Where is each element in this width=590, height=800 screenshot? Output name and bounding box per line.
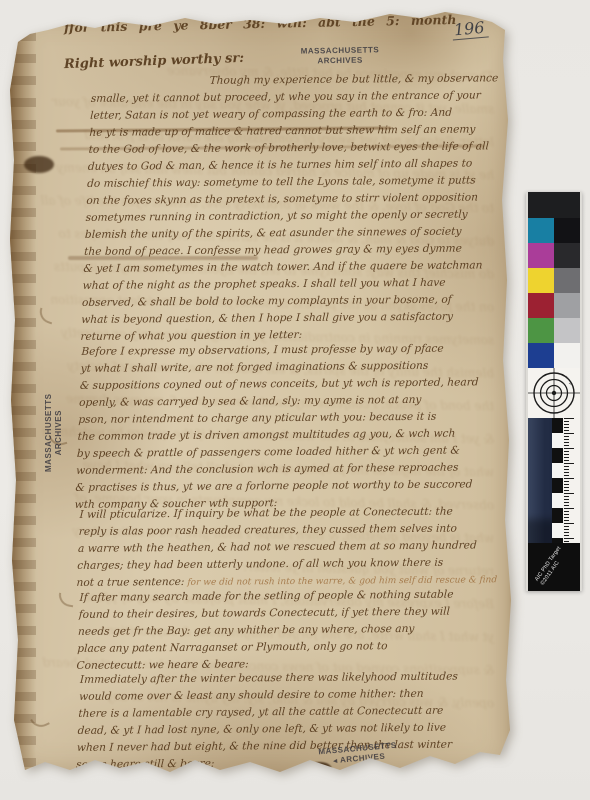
arrow-icon: ◄ — [331, 757, 339, 765]
paragraph-4: If after many search made for the setlin… — [76, 586, 508, 675]
paragraph-1: Though my experience be but little, & my… — [80, 70, 520, 346]
ruler-bar — [528, 418, 552, 543]
paragraph-3: I will pticularize. If inquiry be what b… — [76, 503, 508, 592]
scan-background: Though my experience be but little, & my… — [0, 0, 590, 800]
gray-step-swatch — [554, 268, 580, 293]
docket-annotation: ffor this pre ye 8ber 38: wth: abt the 5… — [64, 12, 456, 35]
gray-step-swatch — [554, 318, 580, 343]
paragraph-2: Before I expresse my observations, I mus… — [74, 340, 509, 514]
paper-shadow: Though my experience be but little, & my… — [8, 10, 512, 778]
focus-rings-target — [528, 368, 580, 418]
archives-stamp-top: MASSACHUSETTS ARCHIVES — [292, 45, 388, 66]
stamp-line: ARCHIVES — [292, 55, 388, 66]
stamp-line: MASSACHUSETTS — [292, 45, 388, 56]
gray-step-swatch — [554, 243, 580, 268]
paragraph-5: Immediately after the winter because the… — [76, 668, 508, 774]
color-swatch — [528, 218, 554, 243]
black-reference-patch — [528, 192, 580, 218]
gray-step-swatch — [554, 293, 580, 318]
manuscript-line: so we heare still & beare: — [76, 753, 505, 774]
color-swatch — [528, 318, 554, 343]
color-swatch — [528, 293, 554, 318]
ruler-section — [528, 418, 580, 543]
gray-step-swatch — [554, 343, 580, 368]
stamp-line: ARCHIVES — [54, 393, 64, 472]
ruler-ticks — [563, 418, 580, 543]
stamp-line: MASSACHUSETTS — [44, 393, 54, 472]
archives-stamp-left: MASSACHUSETTS ARCHIVES — [44, 393, 63, 472]
color-calibration-target: AIC PhD Target ©2011 AIC — [526, 192, 582, 591]
page-number: 196 — [451, 17, 488, 40]
checker-scale — [552, 418, 563, 543]
gray-step-swatch — [554, 218, 580, 243]
color-swatch-column — [528, 218, 580, 368]
manuscript-page: Though my experience be but little, & my… — [8, 10, 512, 778]
target-label: AIC PhD Target ©2011 AIC — [528, 543, 580, 591]
color-swatch — [528, 243, 554, 268]
color-swatch — [528, 343, 554, 368]
color-swatch — [528, 268, 554, 293]
